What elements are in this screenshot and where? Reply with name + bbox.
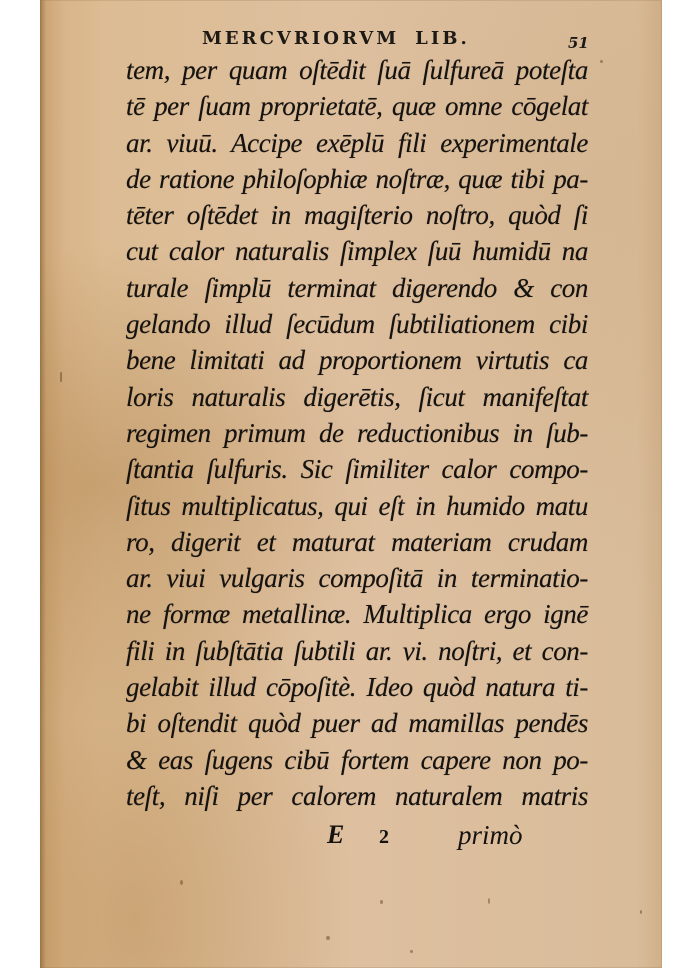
text-line: ro, digerit et maturat materiam crudam: [126, 524, 588, 560]
text-line: tē per ſuam proprietatē, quæ omne cōgela…: [126, 88, 588, 124]
text-line: fili in ſubſtātia ſubtili ar. vi. noſtri…: [126, 633, 588, 669]
signature-mark: E: [327, 820, 344, 850]
text-line: gelando illud ſecūdum ſubtiliationem cib…: [126, 306, 588, 342]
running-head: MERCVRIORVMLIB.: [202, 28, 470, 49]
text-line: cut calor naturalis ſimplex ſuū humidū n…: [126, 233, 588, 269]
paper-speck: [640, 910, 642, 914]
text-line: & eas ſugens cibū fortem capere non po-: [126, 742, 588, 778]
body-text: tem, per quam oſtēdit ſuā ſulfureā poteſ…: [126, 52, 588, 814]
paper-speck: [380, 900, 383, 904]
paper-speck: [488, 898, 490, 904]
text-line: ar. viuū. Accipe exēplū fili experimenta…: [126, 125, 588, 161]
paper-speck: [326, 936, 330, 940]
catchword: primò: [458, 820, 523, 851]
paper-speck: [410, 950, 413, 953]
text-line: ne formæ metallinæ. Multiplica ergo ignē: [126, 596, 588, 632]
running-head-book: LIB.: [415, 28, 470, 49]
book-page: MERCVRIORVMLIB. 51 tem, per quam oſtēdit…: [40, 0, 662, 968]
text-line: ar. viui vulgaris compoſitā in terminati…: [126, 560, 588, 596]
text-line: tem, per quam oſtēdit ſuā ſulfureā poteſ…: [126, 52, 588, 88]
folio-number: 51: [568, 34, 589, 52]
paper-speck: [60, 372, 62, 382]
text-line: tēter oſtēdet in magiſterio noſtro, quòd…: [126, 197, 588, 233]
text-line: turale ſimplū terminat digerendo & con: [126, 270, 588, 306]
paper-speck: [180, 880, 183, 885]
text-line: bene limitati ad proportionem virtutis c…: [126, 342, 588, 378]
text-line: teſt, niſi per calorem naturalem matris: [126, 778, 588, 814]
text-line: regimen primum de reductionibus in ſub-: [126, 415, 588, 451]
paper-speck: [600, 60, 603, 63]
running-head-title: MERCVRIORVM: [202, 28, 399, 49]
text-line: ſtantia ſulfuris. Sic ſimiliter calor co…: [126, 451, 588, 487]
signature-number: 2: [379, 826, 389, 849]
text-line: bi oſtendit quòd puer ad mamillas pendēs: [126, 705, 588, 741]
text-line: ſitus multiplicatus, qui eſt in humido m…: [126, 488, 588, 524]
page-footer: E 2 primò: [40, 820, 662, 860]
text-line: gelabit illud cōpoſitè. Ideo quòd natura…: [126, 669, 588, 705]
text-line: de ratione philoſophiæ noſtræ, quæ tibi …: [126, 161, 588, 197]
text-line: loris naturalis digerētis, ſicut manifeſ…: [126, 379, 588, 415]
